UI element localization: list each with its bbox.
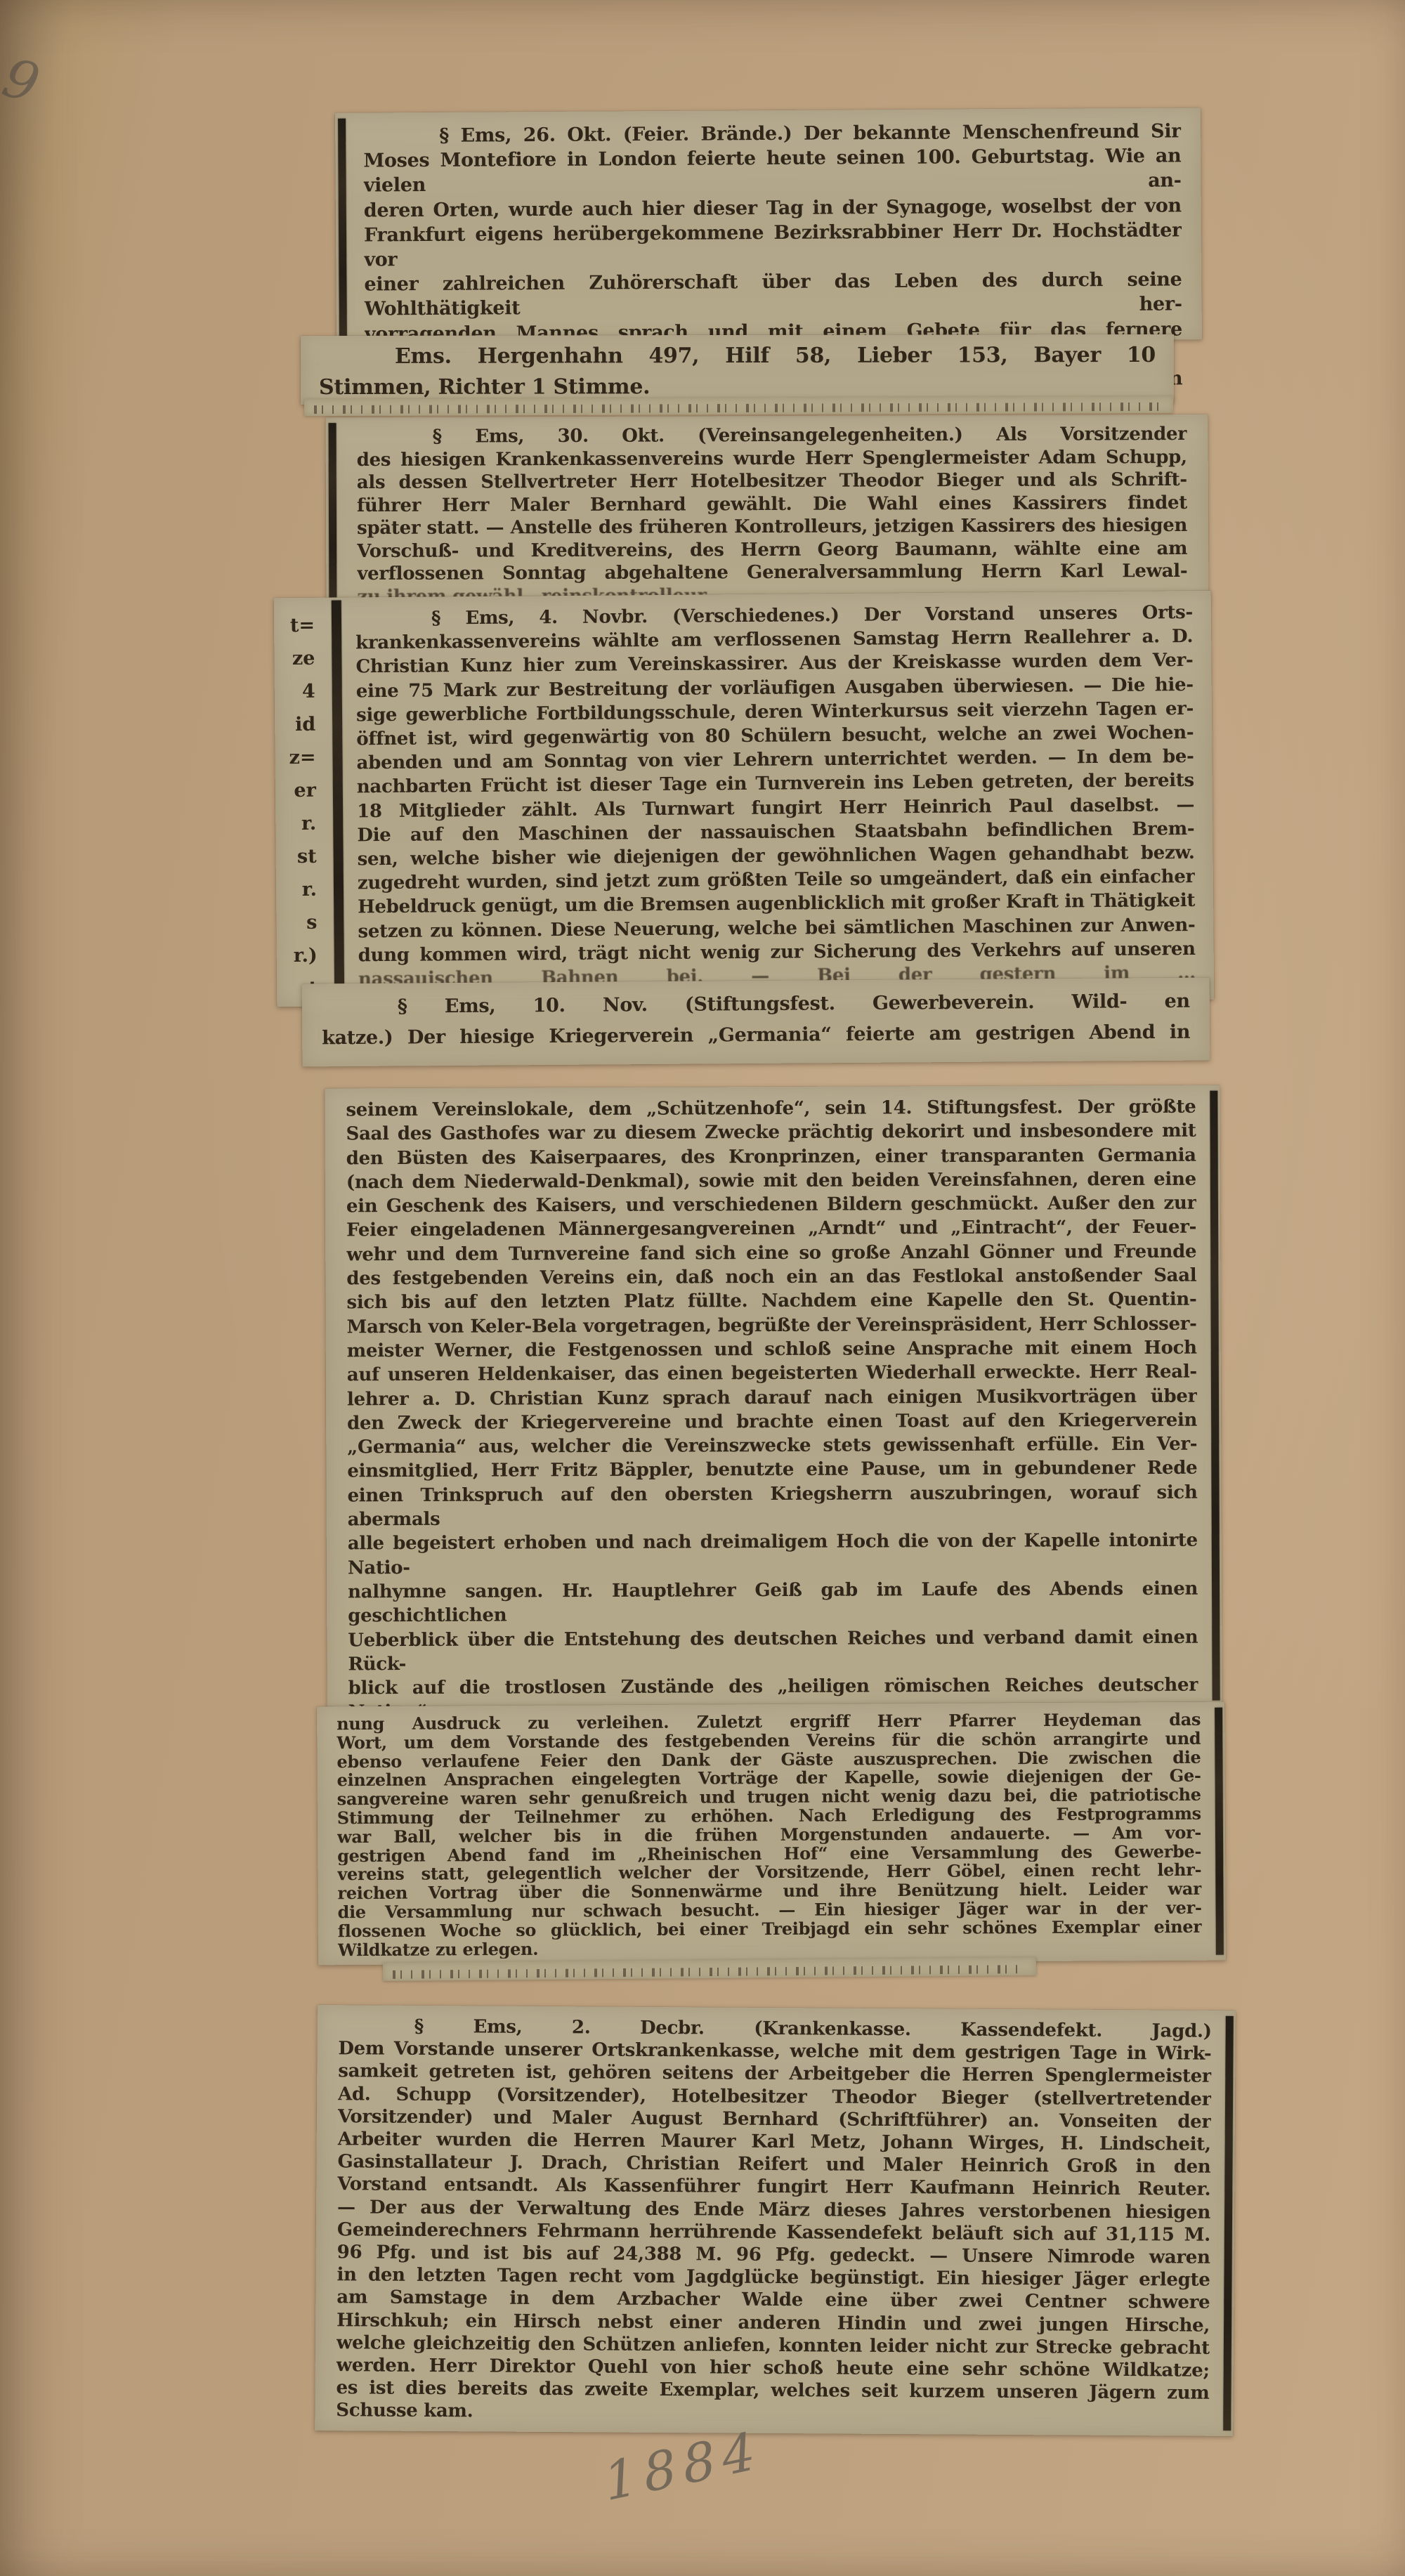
clipping-line: alle begeistert erhoben und nach dreimal… — [348, 1529, 1198, 1580]
column-rule — [332, 600, 345, 1003]
fragment-char: ze — [292, 642, 315, 675]
fragment-char: r.) — [294, 939, 318, 972]
clipping-text: § Ems, 10. Nov. (Stiftungsfest. Gewerbev… — [322, 986, 1191, 1054]
newspaper-clipping-clip-h: § Ems, 2. Decbr. (Krankenkasse. Kassende… — [315, 2005, 1236, 2436]
fragment-char: er — [294, 774, 316, 807]
clipping-line: Moses Montefiore in London feierte heute… — [363, 144, 1181, 199]
handwritten-page-number: 9 — [0, 46, 46, 115]
clipping-line: § Ems, 30. Okt. (Vereinsangelegenheiten.… — [357, 423, 1187, 449]
clipping-line: Marsch von Keler-Bela vorgetragen, begrü… — [347, 1312, 1197, 1339]
fragment-char: 4 — [302, 675, 315, 708]
clipping-text: Ems. Hergenhahn 497, Hilf 58, Lieber 153… — [319, 340, 1156, 403]
clipping-line: „Germania“ aus, welcher die Vereinszweck… — [347, 1432, 1197, 1460]
clipping-line: Saal des Gasthofes war zu diesem Zwecke … — [346, 1119, 1196, 1146]
clipping-line: (nach dem Niederwald-Denkmal), sowie mit… — [346, 1168, 1196, 1195]
clipping-text: nung Ausdruck zu verleihen. Zuletzt ergr… — [336, 1711, 1202, 1960]
newspaper-clipping-clip-b: Ems. Hergenhahn 497, Hilf 58, Lieber 153… — [301, 334, 1174, 405]
clipping-line: Ems. Hergenhahn 497, Hilf 58, Lieber 153… — [319, 340, 1156, 372]
newspaper-clipping-clip-c: § Ems, 30. Okt. (Vereinsangelegenheiten.… — [326, 414, 1209, 608]
fragment-char: st — [297, 840, 317, 873]
clipping-line: auf unseren Heldenkaiser, das einen bege… — [347, 1360, 1197, 1387]
clipping-text: § Ems, 30. Okt. (Vereinsangelegenheiten.… — [357, 423, 1188, 608]
clipping-text: § Ems, 4. Novbr. (Verschiedenes.) Der Vo… — [355, 601, 1196, 992]
scrapbook-page: 9 § Ems, 26. Okt. (Feier. Brände.) Der b… — [0, 0, 1405, 2576]
column-rule — [1210, 1091, 1220, 1701]
fragment-char: t= — [290, 609, 315, 642]
clipping-line: meister Werner, die Festgenossen und sch… — [347, 1336, 1197, 1364]
clipping-line: einsmitglied, Herr Fritz Bäppler, benutz… — [347, 1456, 1197, 1484]
clipping-line: einen Trinkspruch auf den obersten Krieg… — [347, 1480, 1197, 1531]
fragment-char: z= — [289, 741, 315, 774]
clipping-line: Wildkatze zu erlegen. — [338, 1936, 1202, 1959]
fragment-char: s — [306, 906, 318, 939]
cut-column-fragments: t=ze4idz=err.str.sr.)t — [274, 609, 322, 1005]
clipping-line: Vorschuß- und Kreditvereins, des Herrn G… — [357, 537, 1187, 563]
newspaper-clipping-clip-a: § Ems, 26. Okt. (Feier. Brände.) Der bek… — [335, 107, 1202, 345]
clipping-line: verflossenen Sonntag abgehaltene General… — [357, 560, 1187, 586]
clipping-line: führer Herr Maler Bernhard gewählt. Die … — [357, 491, 1187, 517]
clipping-line: des hiesigen Krankenkassenvereins wurde … — [357, 445, 1187, 471]
clipping-line: Feier eingeladenen Männergesangvereinen … — [346, 1215, 1196, 1243]
clipping-line: den Zweck der Kriegervereine und brachte… — [347, 1408, 1197, 1436]
handwritten-year: 1884 — [600, 2420, 765, 2513]
clipping-line: des festgebenden Vereins ein, daß noch e… — [346, 1264, 1196, 1291]
clipping-line: Frankfurt eigens herübergekommene Bezirk… — [364, 218, 1182, 273]
clipping-line: katze.) Der hiesige Kriegerverein „Germa… — [322, 1017, 1190, 1054]
clipping-text: § Ems, 2. Decbr. (Krankenkasse. Kassende… — [336, 2015, 1212, 2427]
newspaper-clipping-clip-e: § Ems, 10. Nov. (Stiftungsfest. Gewerbev… — [302, 977, 1210, 1066]
fragment-char: r. — [301, 807, 317, 840]
column-rule — [1223, 2016, 1234, 2431]
clipping-line: Ueberblick über die Entstehung des deuts… — [348, 1625, 1198, 1676]
clipping-line: später statt. — Anstelle des früheren Ko… — [357, 514, 1187, 540]
clipping-line: als dessen Stellvertreter Herr Hotelbesi… — [357, 469, 1187, 495]
column-rule — [329, 423, 337, 603]
clipping-line: nalhymne sangen. Hr. Hauptlehrer Geiß ga… — [348, 1577, 1198, 1628]
newspaper-clipping-clip-f: seinem Vereinslokale, dem „Schützenhofe“… — [325, 1085, 1222, 1710]
clipping-line: den Büsten des Kaiserpaares, des Kronpri… — [346, 1143, 1196, 1170]
clipping-line: sich bis auf den letzten Platz füllte. N… — [346, 1288, 1196, 1315]
clipping-line: ein Geschenk des Kaisers, und verschiede… — [346, 1191, 1196, 1219]
clipping-line: seinem Vereinslokale, dem „Schützenhofe“… — [346, 1095, 1196, 1123]
clipping-line: einer zahlreichen Zuhörerschaft über das… — [364, 268, 1182, 322]
fragment-char: id — [295, 708, 316, 741]
fragment-char: r. — [302, 873, 318, 906]
column-rule — [338, 119, 347, 339]
newspaper-clipping-clip-g: nung Ausdruck zu verleihen. Zuletzt ergr… — [317, 1702, 1226, 1966]
column-rule — [1215, 1708, 1224, 1955]
torn-clipping-sliver — [304, 396, 1173, 416]
newspaper-clipping-clip-d: t=ze4idz=err.str.sr.)t§ Ems, 4. Novbr. (… — [274, 591, 1215, 1007]
clipping-line: wehr und dem Turnvereine fand sich eine … — [346, 1239, 1196, 1267]
clipping-line: lehrer a. D. Christian Kunz sprach darau… — [347, 1384, 1197, 1411]
